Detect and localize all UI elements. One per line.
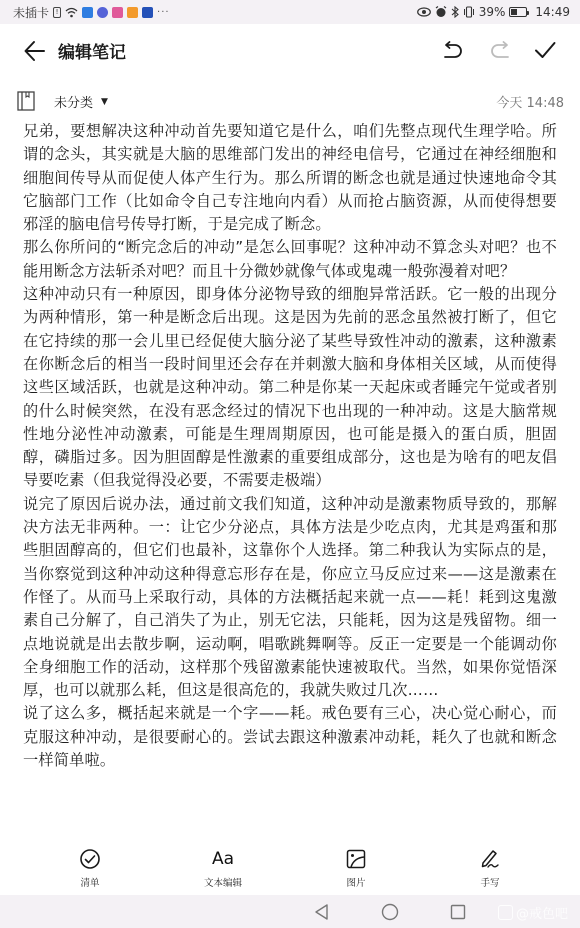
text-format-icon: Aa: [212, 849, 234, 869]
undo-button[interactable]: [440, 39, 464, 63]
battery-icon: [509, 7, 527, 17]
notebook-icon[interactable]: [17, 91, 35, 111]
app-notification-icon-2: [112, 7, 123, 18]
watermark-text: @戒色吧: [516, 903, 568, 922]
eye-comfort-icon: [417, 7, 431, 17]
checklist-label: 清单: [80, 875, 99, 889]
note-editor[interactable]: 兄弟，要想解决这种冲动首先要知道它是什么，咱们先整点现代生理学哈。所谓的念头，其…: [23, 120, 557, 772]
category-dropdown[interactable]: 未分类 ▼: [54, 92, 108, 111]
back-button[interactable]: [22, 38, 48, 64]
editor-toolbar: 清单 Aa 文本编辑 图片 手写: [0, 845, 580, 895]
note-paragraph: 说完了原因后说办法，通过前文我们知道，这种冲动是激素物质导致的，那解决方法无非两…: [23, 493, 557, 703]
wifi-icon: [65, 7, 78, 18]
handwriting-icon: [479, 848, 501, 870]
nav-back-button[interactable]: [313, 903, 331, 921]
note-paragraph: 这种冲动只有一种原因，即身体分泌物导致的细胞异常活跃。它一般的出现分为两种情形，…: [23, 283, 557, 493]
note-meta-row: 未分类 ▼ 今天 14:48: [0, 88, 580, 114]
alarm-icon: [435, 6, 447, 18]
category-label: 未分类: [54, 92, 93, 111]
watermark: @戒色吧: [498, 903, 568, 922]
page-title: 编辑笔记: [58, 38, 126, 63]
music-notification-icon: [97, 7, 108, 18]
sim-icon: !: [53, 7, 61, 18]
status-left: 未插卡 ! ···: [13, 4, 170, 21]
carrier-label: 未插卡: [13, 4, 49, 21]
nav-home-button[interactable]: [381, 903, 399, 921]
image-icon: [346, 849, 366, 869]
text-format-button[interactable]: Aa 文本编辑: [173, 845, 273, 895]
app-bar: 编辑笔记: [0, 26, 580, 76]
app-notification-icon-3: [142, 7, 153, 18]
battery-percent: 39%: [479, 5, 506, 19]
note-timestamp: 今天 14:48: [496, 92, 564, 111]
video-notification-icon: [127, 7, 138, 18]
checklist-button[interactable]: 清单: [40, 845, 140, 895]
handwriting-label: 手写: [480, 875, 499, 889]
dropdown-caret-icon: ▼: [101, 97, 108, 107]
image-label: 图片: [346, 875, 365, 889]
clock: 14:49: [535, 5, 570, 19]
status-right: 39% 14:49: [417, 5, 570, 19]
status-bar: 未插卡 ! ··· 39% 14:49: [0, 0, 580, 24]
handwriting-button[interactable]: 手写: [440, 845, 540, 895]
system-nav-bar: @戒色吧: [0, 895, 580, 928]
more-notifications-icon: ···: [157, 7, 170, 18]
redo-button[interactable]: [489, 39, 513, 63]
app-notification-icon: [82, 7, 93, 18]
text-format-label: 文本编辑: [204, 875, 242, 889]
vibrate-icon: [463, 6, 475, 18]
note-paragraph: 说了这么多，概括起来就是一个字——耗。戒色要有三心，决心觉心耐心，而克服这种冲动…: [23, 702, 557, 772]
checklist-icon: [79, 848, 101, 870]
nav-recents-button[interactable]: [449, 903, 467, 921]
note-paragraph: 那么你所问的“断完念后的冲动”是怎么回事呢？这种冲动不算念头对吧？也不能用断念方…: [23, 236, 557, 283]
watermark-logo-icon: [498, 905, 513, 920]
bluetooth-icon: [451, 6, 459, 18]
save-button[interactable]: [533, 38, 557, 62]
image-button[interactable]: 图片: [306, 845, 406, 895]
note-paragraph: 兄弟，要想解决这种冲动首先要知道它是什么，咱们先整点现代生理学哈。所谓的念头，其…: [23, 120, 557, 236]
